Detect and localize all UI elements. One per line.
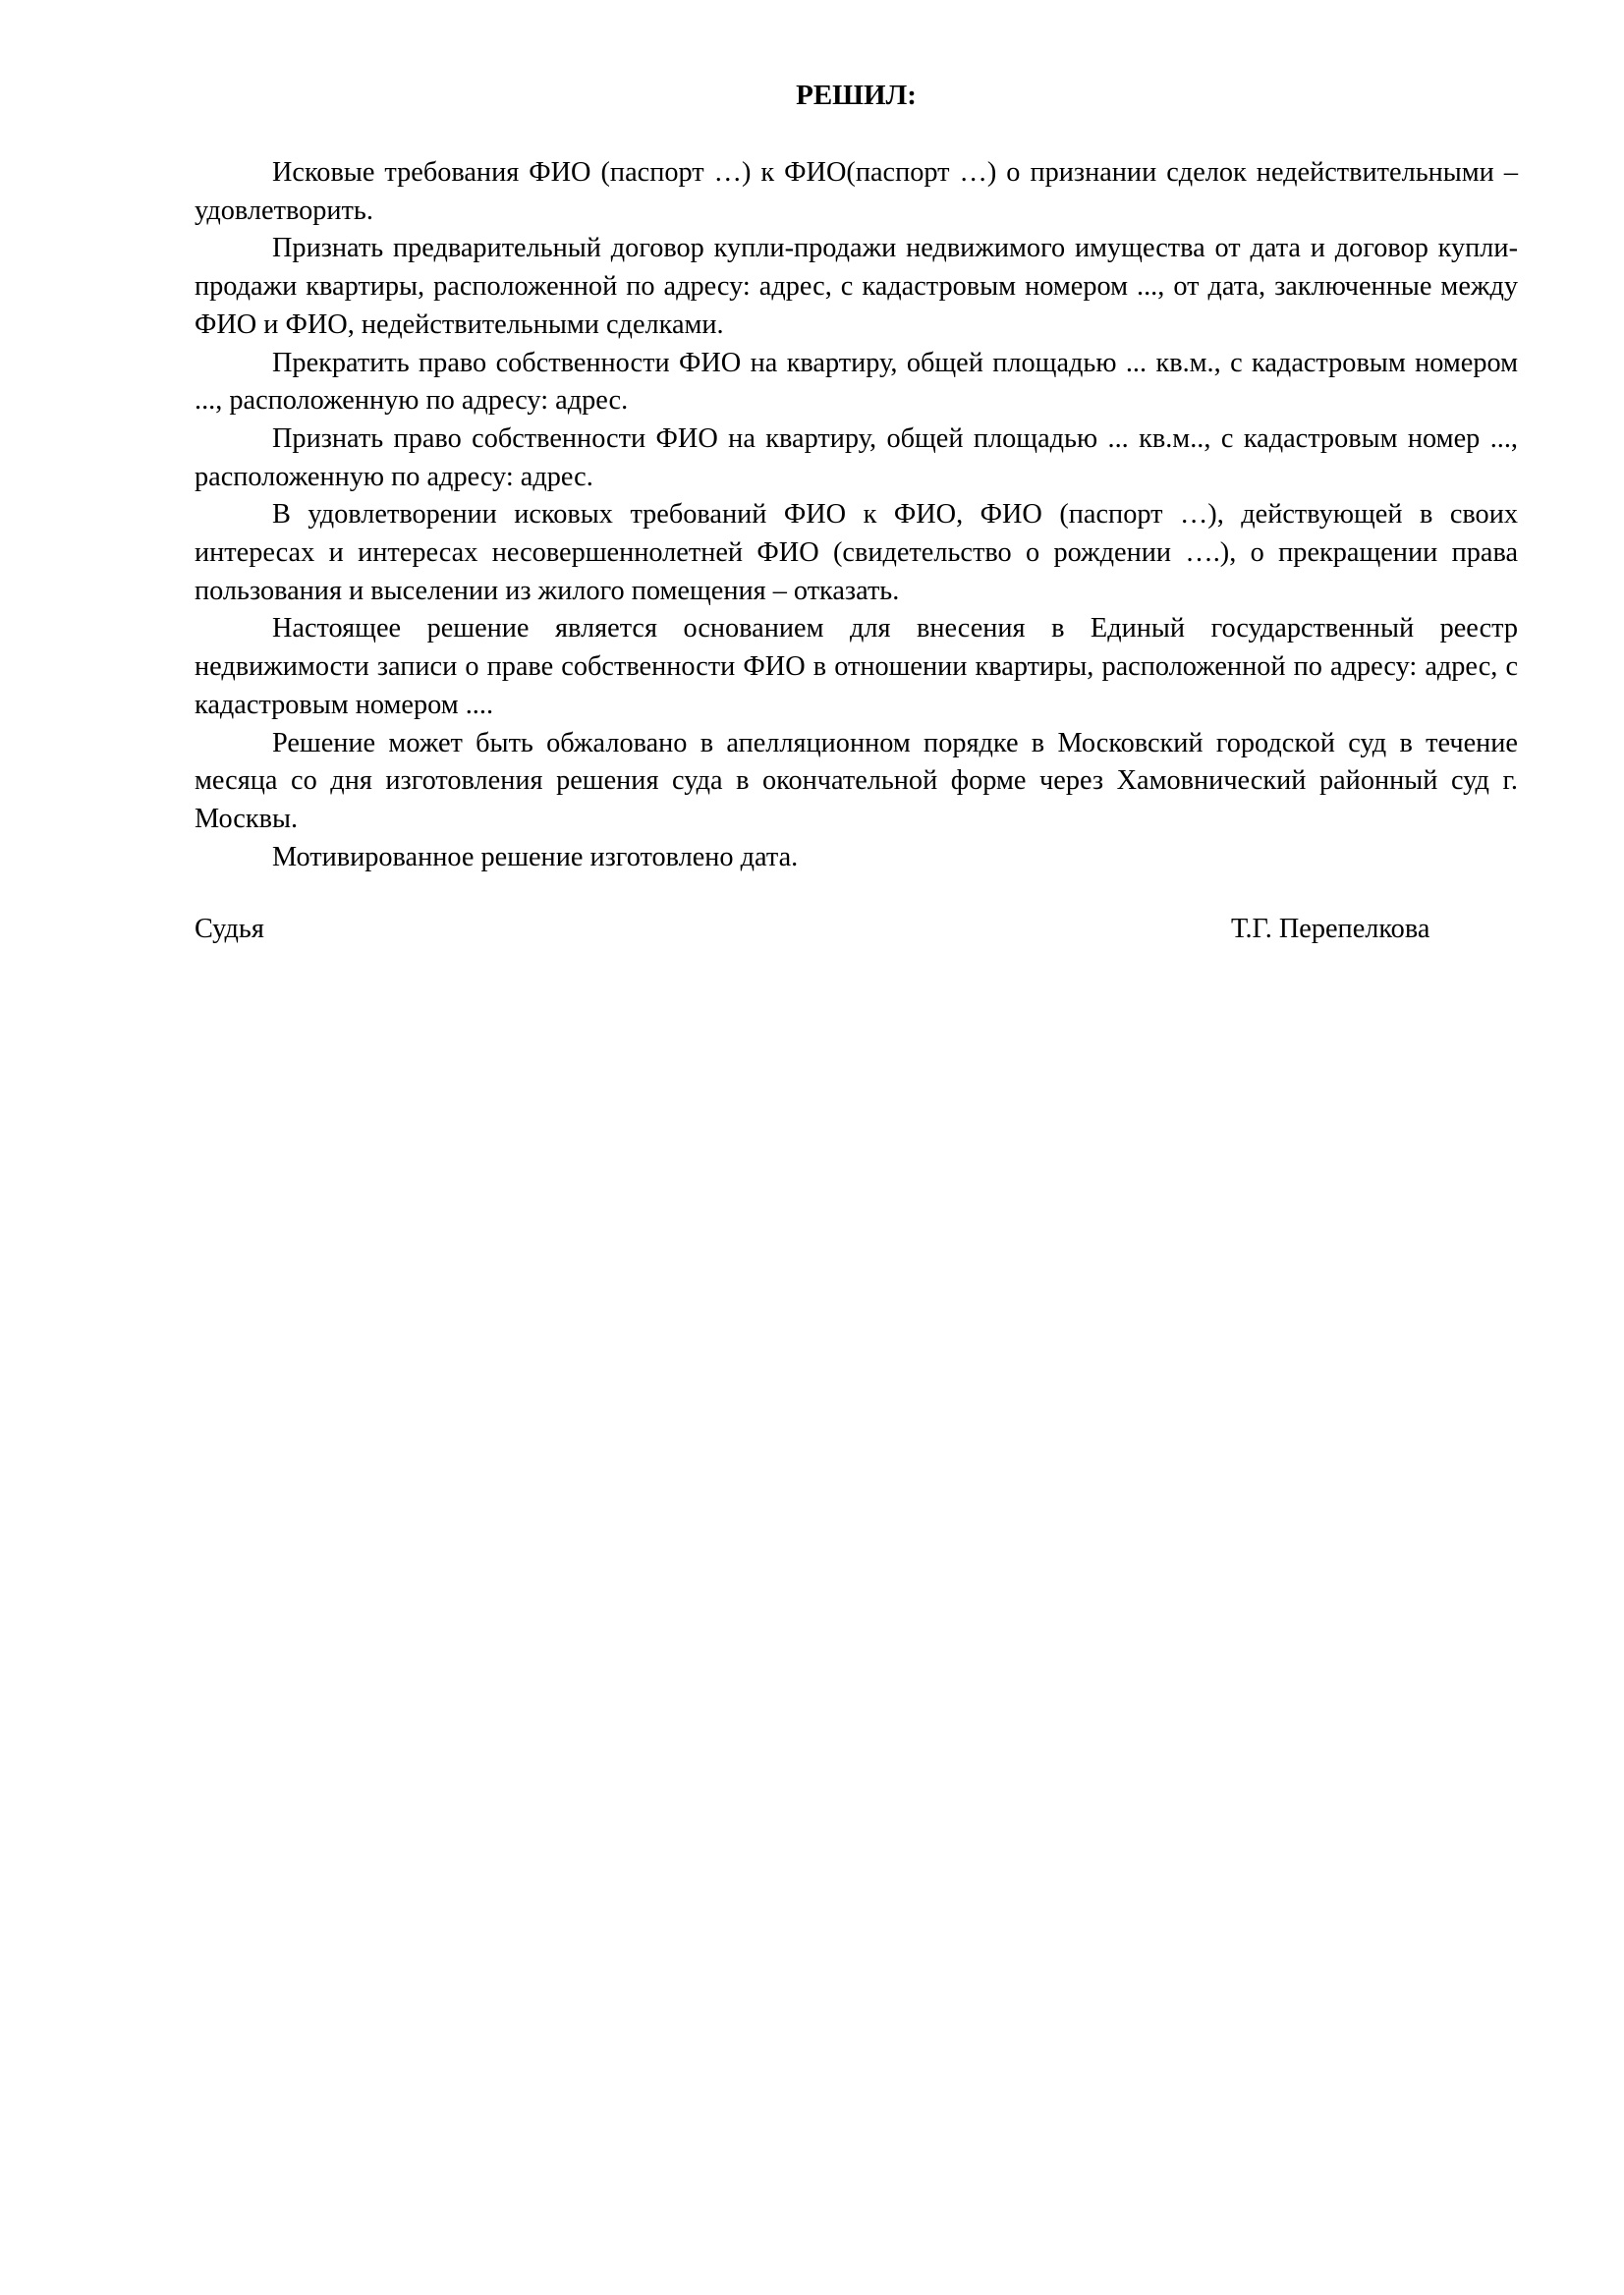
paragraph-appeal: Решение может быть обжаловано в апелляци… (195, 725, 1518, 839)
paragraph-reasoned-decision: Мотивированное решение изготовлено дата. (195, 839, 1518, 877)
paragraph-claims-granted: Исковые требования ФИО (паспорт …) к ФИО… (195, 154, 1518, 230)
paragraph-terminate-ownership: Прекратить право собственности ФИО на кв… (195, 345, 1518, 420)
signature-role: Судья (195, 911, 264, 948)
signature-block: Судья Т.Г. Перепелкова (195, 911, 1518, 950)
decision-heading: РЕШИЛ: (195, 77, 1518, 114)
paragraph-recognize-ownership: Признать право собственности ФИО на квар… (195, 420, 1518, 496)
paragraph-contracts-invalid: Признать предварительный договор купли-п… (195, 230, 1518, 344)
paragraph-claims-denied: В удовлетворении исковых требований ФИО … (195, 496, 1518, 610)
paragraph-registry-basis: Настоящее решение является основанием дл… (195, 610, 1518, 724)
signature-name: Т.Г. Перепелкова (1231, 911, 1429, 948)
decision-body: Исковые требования ФИО (паспорт …) к ФИО… (195, 154, 1518, 876)
